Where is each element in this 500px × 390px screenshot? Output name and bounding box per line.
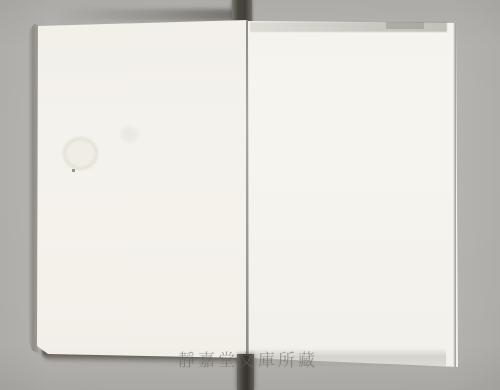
- page-speck: [72, 169, 75, 172]
- book-scan-photo: 靜嘉堂文庫所藏: [0, 0, 500, 390]
- page-gutter-seam: [246, 20, 248, 358]
- book-spine-top: [232, 0, 252, 23]
- right-page-top-notch-mark: [386, 22, 424, 29]
- page-stain: [63, 137, 98, 170]
- right-page-edge: [453, 23, 456, 367]
- spine-top-shadow: [58, 9, 234, 21]
- page-smudge: [121, 127, 138, 142]
- ownership-watermark: 靜嘉堂文庫所藏: [123, 350, 373, 372]
